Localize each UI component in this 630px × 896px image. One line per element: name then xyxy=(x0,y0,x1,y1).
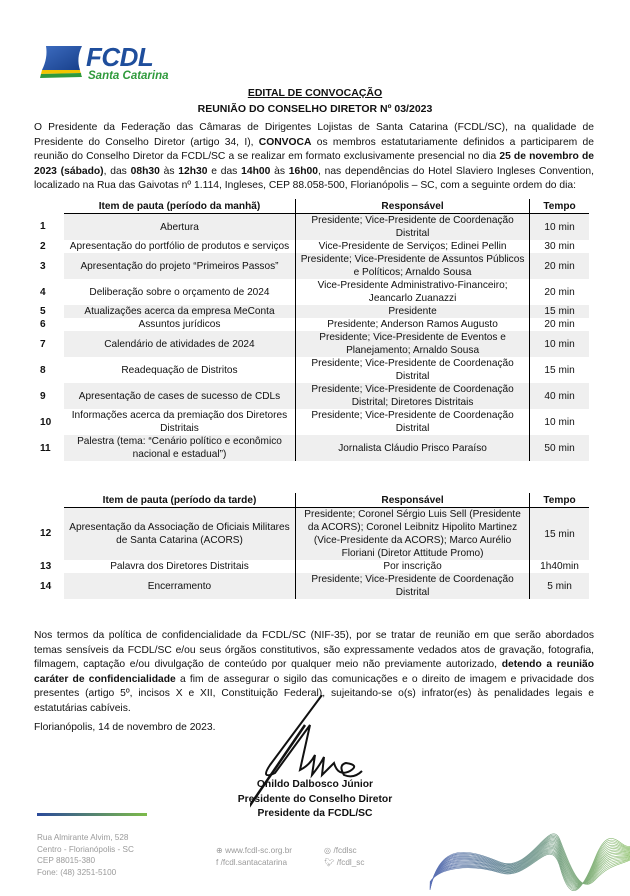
cell-item: Apresentação da Associação de Oficiais M… xyxy=(64,508,296,561)
footer-divider xyxy=(37,813,147,816)
cell-resp: Presidente; Coronel Sérgio Luis Sell (Pr… xyxy=(296,508,530,561)
cell-item: Palestra (tema: “Cenário político e econ… xyxy=(64,435,296,461)
table-row: 14EncerramentoPresidente; Vice-President… xyxy=(34,573,589,599)
logo-flag-icon xyxy=(40,44,84,78)
cell-resp: Presidente; Vice-Presidente de Coordenaç… xyxy=(296,357,530,383)
column-header-item: Item de pauta (período da manhã) xyxy=(64,199,296,214)
cell-time: 20 min xyxy=(530,279,589,305)
cell-item: Deliberação sobre o orçamento de 2024 xyxy=(64,279,296,305)
cell-item: Apresentação de cases de sucesso de CDLs xyxy=(64,383,296,409)
cell-item: Apresentação do projeto “Primeiros Passo… xyxy=(64,253,296,279)
cell-num: 4 xyxy=(34,279,64,305)
instagram-icon: ◎ xyxy=(324,846,331,855)
column-header-item: Item de pauta (período da tarde) xyxy=(64,493,296,508)
table-row: 6Assuntos jurídicosPresidente; Anderson … xyxy=(34,318,589,331)
cell-item: Assuntos jurídicos xyxy=(64,318,296,331)
cell-num: 7 xyxy=(34,331,64,357)
cell-num: 14 xyxy=(34,573,64,599)
table-row: 10Informações acerca da premiação dos Di… xyxy=(34,409,589,435)
cell-item: Informações acerca da premiação dos Dire… xyxy=(64,409,296,435)
cell-time: 15 min xyxy=(530,508,589,561)
table-row: 1AberturaPresidente; Vice-Presidente de … xyxy=(34,214,589,241)
cell-num: 11 xyxy=(34,435,64,461)
cell-time: 10 min xyxy=(530,409,589,435)
column-header-responsible: Responsável xyxy=(296,199,530,214)
table-row: 2Apresentação do portfólio de produtos e… xyxy=(34,240,589,253)
cell-resp: Presidente; Vice-Presidente de Coordenaç… xyxy=(296,214,530,241)
signer-block: Onildo Dalbosco Júnior Presidente do Con… xyxy=(200,778,430,822)
signer-name: Onildo Dalbosco Júnior xyxy=(200,778,430,793)
table-row: 11Palestra (tema: “Cenário político e ec… xyxy=(34,435,589,461)
cell-resp: Presidente; Vice-Presidente de Coordenaç… xyxy=(296,383,530,409)
decorative-waves xyxy=(410,800,630,896)
cell-time: 50 min xyxy=(530,435,589,461)
document-title: EDITAL DE CONVOCAÇÃO xyxy=(0,87,630,99)
facebook-icon: f xyxy=(216,858,218,867)
table-row: 12Apresentação da Associação de Oficiais… xyxy=(34,508,589,561)
cell-item: Readequação de Distritos xyxy=(64,357,296,383)
cell-num: 10 xyxy=(34,409,64,435)
document-subtitle: REUNIÃO DO CONSELHO DIRETOR Nº 03/2023 xyxy=(0,103,630,115)
cell-item: Apresentação do portfólio de produtos e … xyxy=(64,240,296,253)
table-row: 8Readequação de DistritosPresidente; Vic… xyxy=(34,357,589,383)
cell-time: 15 min xyxy=(530,357,589,383)
table-row: 7Calendário de atividades de 2024Preside… xyxy=(34,331,589,357)
morning-agenda-table: Item de pauta (período da manhã) Respons… xyxy=(34,199,589,461)
cell-num: 2 xyxy=(34,240,64,253)
cell-time: 5 min xyxy=(530,573,589,599)
place-date: Florianópolis, 14 de novembro de 2023. xyxy=(34,722,215,733)
cell-resp: Por inscrição xyxy=(296,560,530,573)
cell-resp: Presidente; Vice-Presidente de Assuntos … xyxy=(296,253,530,279)
footer-address: Rua Almirante Alvim, 528 Centro - Floria… xyxy=(37,832,134,878)
cell-num: 1 xyxy=(34,214,64,241)
globe-icon: ⊕ xyxy=(216,846,223,855)
cell-item: Atualizações acerca da empresa MeConta xyxy=(64,305,296,318)
cell-resp: Presidente; Anderson Ramos Augusto xyxy=(296,318,530,331)
cell-time: 20 min xyxy=(530,253,589,279)
cell-resp: Presidente; Vice-Presidente de Coordenaç… xyxy=(296,409,530,435)
cell-resp: Presidente; Vice-Presidente de Coordenaç… xyxy=(296,573,530,599)
cell-num: 9 xyxy=(34,383,64,409)
cell-time: 10 min xyxy=(530,214,589,241)
cell-num: 3 xyxy=(34,253,64,279)
cell-item: Palavra dos Diretores Distritais xyxy=(64,560,296,573)
column-header-time: Tempo xyxy=(530,493,589,508)
cell-num: 5 xyxy=(34,305,64,318)
cell-num: 13 xyxy=(34,560,64,573)
cell-resp: Jornalista Cláudio Prisco Paraíso xyxy=(296,435,530,461)
column-header-time: Tempo xyxy=(530,199,589,214)
instagram-link[interactable]: /fcdlsc xyxy=(333,846,356,855)
cell-num: 12 xyxy=(34,508,64,561)
cell-time: 40 min xyxy=(530,383,589,409)
signer-role-2: Presidente da FCDL/SC xyxy=(200,807,430,822)
cell-resp: Presidente xyxy=(296,305,530,318)
cell-time: 1h40min xyxy=(530,560,589,573)
twitter-icon: 🐦︎ xyxy=(324,858,334,867)
table-row: 13Palavra dos Diretores DistritaisPor in… xyxy=(34,560,589,573)
cell-item: Encerramento xyxy=(64,573,296,599)
cell-num: 8 xyxy=(34,357,64,383)
twitter-link[interactable]: /fcdl_sc xyxy=(337,858,365,867)
table-row: 9Apresentação de cases de sucesso de CDL… xyxy=(34,383,589,409)
cell-time: 30 min xyxy=(530,240,589,253)
cell-resp: Presidente; Vice-Presidente de Eventos e… xyxy=(296,331,530,357)
cell-time: 15 min xyxy=(530,305,589,318)
afternoon-agenda-table: Item de pauta (período da tarde) Respons… xyxy=(34,493,589,599)
footer-contacts: ⊕ www.fcdl-sc.org.br ◎ /fcdlsc f /fcdl.s… xyxy=(216,845,364,868)
logo-subtitle: Santa Catarina xyxy=(88,70,169,82)
cell-resp: Vice-Presidente Administrativo-Financeir… xyxy=(296,279,530,305)
table-row: 4Deliberação sobre o orçamento de 2024Vi… xyxy=(34,279,589,305)
cell-item: Abertura xyxy=(64,214,296,241)
cell-item: Calendário de atividades de 2024 xyxy=(64,331,296,357)
cell-num: 6 xyxy=(34,318,64,331)
fcdl-logo: FCDL Santa Catarina xyxy=(40,44,180,84)
intro-paragraph: O Presidente da Federação das Câmaras de… xyxy=(34,121,594,194)
column-header-responsible: Responsável xyxy=(296,493,530,508)
cell-resp: Vice-Presidente de Serviços; Edinei Pell… xyxy=(296,240,530,253)
facebook-link[interactable]: /fcdl.santacatarina xyxy=(221,858,287,867)
website-link[interactable]: www.fcdl-sc.org.br xyxy=(225,846,292,855)
logo-text: FCDL xyxy=(86,42,153,73)
signer-role-1: Presidente do Conselho Diretor xyxy=(200,793,430,808)
table-row: 3Apresentação do projeto “Primeiros Pass… xyxy=(34,253,589,279)
cell-time: 10 min xyxy=(530,331,589,357)
cell-time: 20 min xyxy=(530,318,589,331)
table-row: 5Atualizações acerca da empresa MeContaP… xyxy=(34,305,589,318)
